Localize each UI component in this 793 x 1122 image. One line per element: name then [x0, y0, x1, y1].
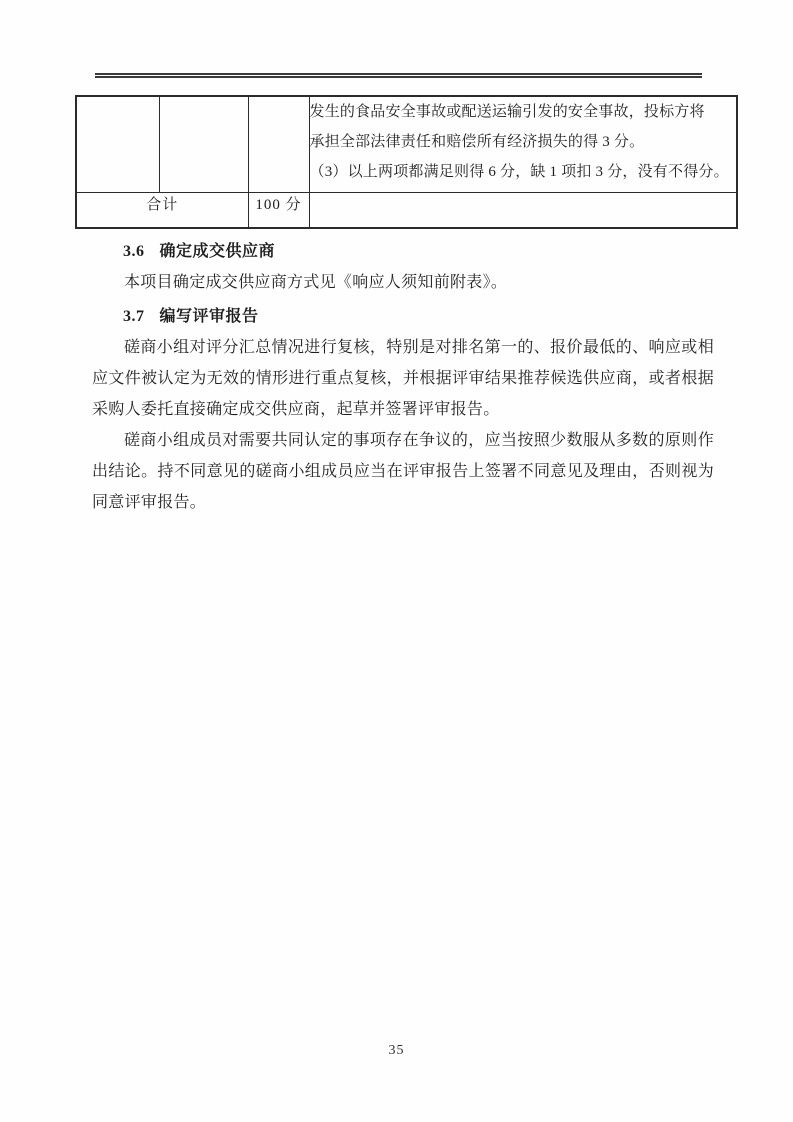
scoring-table: 发生的食品安全事故或配送运输引发的安全事故，投标方将 承担全部法律责任和赔偿所有… [75, 95, 738, 229]
total-label-cell: 合计 [76, 192, 248, 228]
empty-cell-2 [159, 96, 248, 192]
total-value-cell: 100 分 [248, 192, 309, 228]
section-title: 编写评审报告 [160, 308, 259, 325]
section-title: 确定成交供应商 [160, 243, 276, 260]
section-heading-3-7: 3.7编写评审报告 [92, 301, 714, 332]
table-row-total: 合计 100 分 [76, 192, 737, 228]
header-double-rule [95, 73, 702, 78]
section-heading-3-6: 3.6确定成交供应商 [92, 236, 714, 267]
empty-cell-1 [76, 96, 159, 192]
empty-cell-4 [309, 192, 737, 228]
paragraph-3-7-1: 磋商小组对评分汇总情况进行复核，特别是对排名第一的、报价最低的、响应或相应文件被… [92, 332, 714, 425]
section-number: 3.7 [123, 308, 145, 325]
criteria-line: 承担全部法律责任和赔偿所有经济损失的得 3 分。 [310, 127, 737, 157]
document-body: 3.6确定成交供应商 本项目确定成交供应商方式见《响应人须知前附表》。 3.7编… [92, 236, 714, 518]
paragraph-3-6: 本项目确定成交供应商方式见《响应人须知前附表》。 [92, 267, 714, 298]
criteria-detail-cell: 发生的食品安全事故或配送运输引发的安全事故，投标方将 承担全部法律责任和赔偿所有… [309, 96, 737, 192]
table-row-detail: 发生的食品安全事故或配送运输引发的安全事故，投标方将 承担全部法律责任和赔偿所有… [76, 96, 737, 192]
empty-cell-3 [248, 96, 309, 192]
criteria-line: 发生的食品安全事故或配送运输引发的安全事故，投标方将 [310, 97, 737, 127]
page-number: 35 [0, 1043, 793, 1059]
paragraph-3-7-2: 磋商小组成员对需要共同认定的事项存在争议的，应当按照少数服从多数的原则作出结论。… [92, 425, 714, 518]
document-page: 发生的食品安全事故或配送运输引发的安全事故，投标方将 承担全部法律责任和赔偿所有… [0, 0, 793, 1122]
section-number: 3.6 [123, 243, 145, 260]
criteria-line: （3）以上两项都满足则得 6 分，缺 1 项扣 3 分，没有不得分。 [310, 157, 737, 187]
